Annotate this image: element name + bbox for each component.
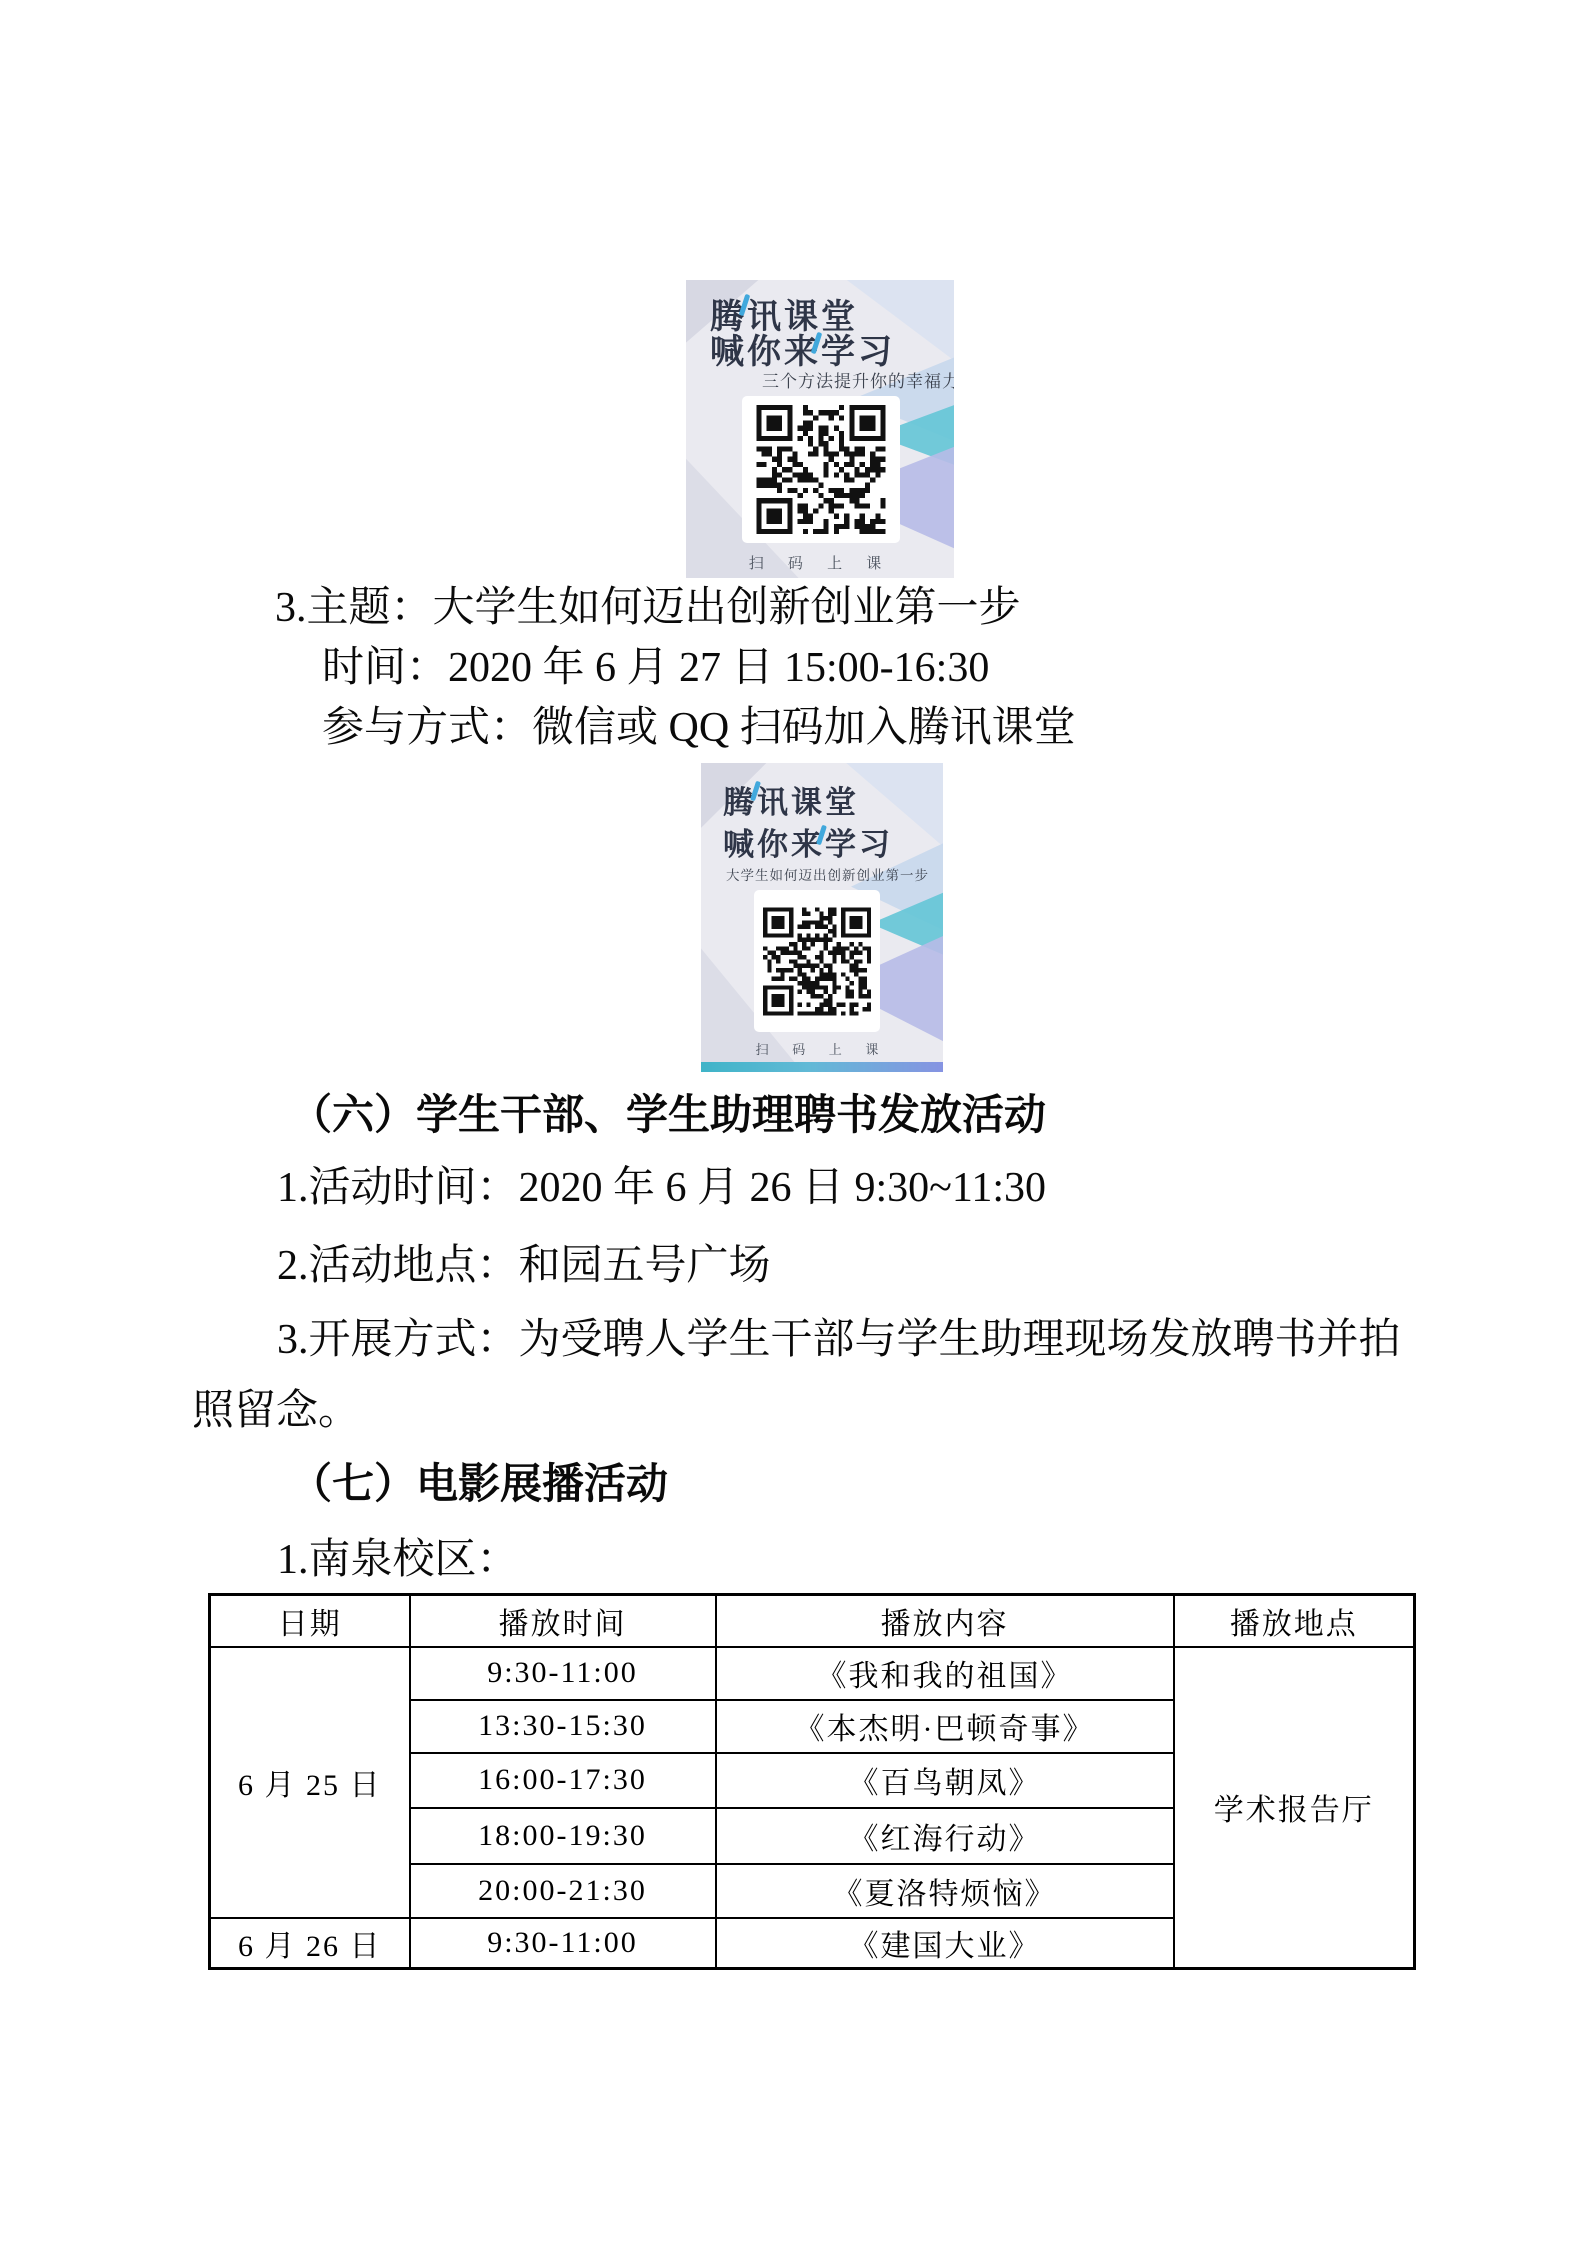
table-header-cell: 播放内容 xyxy=(716,1595,1174,1647)
qr-box xyxy=(754,890,880,1032)
card-title-line2: 喊你来学习 xyxy=(723,819,893,864)
movie-schedule-table: 日期播放时间播放内容播放地点 6 月 25 日9:30-11:00《我和我的祖国… xyxy=(208,1593,1416,1970)
content-cell: 《红海行动》 xyxy=(716,1808,1174,1864)
date-cell: 6 月 26 日 xyxy=(210,1918,410,1969)
table-row: 6 月 25 日9:30-11:00《我和我的祖国》学术报告厅 xyxy=(210,1647,1415,1700)
table-header-row: 日期播放时间播放内容播放地点 xyxy=(210,1595,1415,1647)
qr-promo-card-1: 腾讯课堂 喊你来学习 三个方法提升你的幸福力 扫 码 上 课 xyxy=(686,280,954,578)
para-sec6-item3-line2: 照留念。 xyxy=(192,1387,360,1437)
time-cell: 20:00-21:30 xyxy=(410,1864,716,1918)
table-header-cell: 播放地点 xyxy=(1174,1595,1415,1647)
para-topic-3: 3.主题：大学生如何迈出创新创业第一步 xyxy=(275,584,1021,634)
document-page: 腾讯课堂 喊你来学习 三个方法提升你的幸福力 扫 码 上 课 3.主题：大学生如… xyxy=(0,0,1587,2245)
qr-promo-card-2: 腾讯课堂 喊你来学习 大学生如何迈出创新创业第一步 扫 码 上 课 xyxy=(701,763,943,1072)
table-header-cell: 播放时间 xyxy=(410,1595,716,1647)
table-body: 6 月 25 日9:30-11:00《我和我的祖国》学术报告厅13:30-15:… xyxy=(210,1647,1415,1969)
para-time-3: 时间：2020 年 6 月 27 日 15:00-16:30 xyxy=(322,644,989,694)
para-method-3: 参与方式：微信或 QQ 扫码加入腾讯课堂 xyxy=(322,704,1076,754)
para-sec6-item2: 2.活动地点：和园五号广场 xyxy=(277,1242,771,1292)
location-cell: 学术报告厅 xyxy=(1174,1647,1415,1969)
time-cell: 13:30-15:30 xyxy=(410,1700,716,1753)
card-subtitle: 三个方法提升你的幸福力 xyxy=(762,367,954,392)
section-heading-6: （六）学生干部、学生助理聘书发放活动 xyxy=(290,1092,1046,1142)
card-title-line1: 腾讯课堂 xyxy=(723,777,859,822)
deco-bottom-strip xyxy=(701,1062,943,1072)
time-cell: 9:30-11:00 xyxy=(410,1647,716,1700)
time-cell: 9:30-11:00 xyxy=(410,1918,716,1969)
content-cell: 《建国大业》 xyxy=(716,1918,1174,1969)
qr-code xyxy=(763,899,871,1024)
para-sec6-item1: 1.活动时间：2020 年 6 月 26 日 9:30~11:30 xyxy=(277,1164,1046,1214)
table-header-cell: 日期 xyxy=(210,1595,410,1647)
content-cell: 《我和我的祖国》 xyxy=(716,1647,1174,1700)
card-title-line2: 喊你来学习 xyxy=(710,324,895,373)
date-cell: 6 月 25 日 xyxy=(210,1647,410,1918)
content-cell: 《本杰明·巴顿奇事》 xyxy=(716,1700,1174,1753)
card-footer-label: 扫 码 上 课 xyxy=(686,552,954,573)
time-cell: 18:00-19:30 xyxy=(410,1808,716,1864)
para-sec7-item1: 1.南泉校区： xyxy=(277,1536,519,1586)
content-cell: 《夏洛特烦恼》 xyxy=(716,1864,1174,1918)
card-footer-label: 扫 码 上 课 xyxy=(701,1039,943,1058)
qr-box xyxy=(742,396,900,543)
time-cell: 16:00-17:30 xyxy=(410,1753,716,1808)
card-subtitle: 大学生如何迈出创新创业第一步 xyxy=(726,864,929,884)
para-sec6-item3-line1: 3.开展方式：为受聘人学生干部与学生助理现场发放聘书并拍 xyxy=(277,1316,1401,1366)
section-heading-7: （七）电影展播活动 xyxy=(290,1461,668,1511)
qr-code xyxy=(753,405,889,534)
content-cell: 《百鸟朝凤》 xyxy=(716,1753,1174,1808)
